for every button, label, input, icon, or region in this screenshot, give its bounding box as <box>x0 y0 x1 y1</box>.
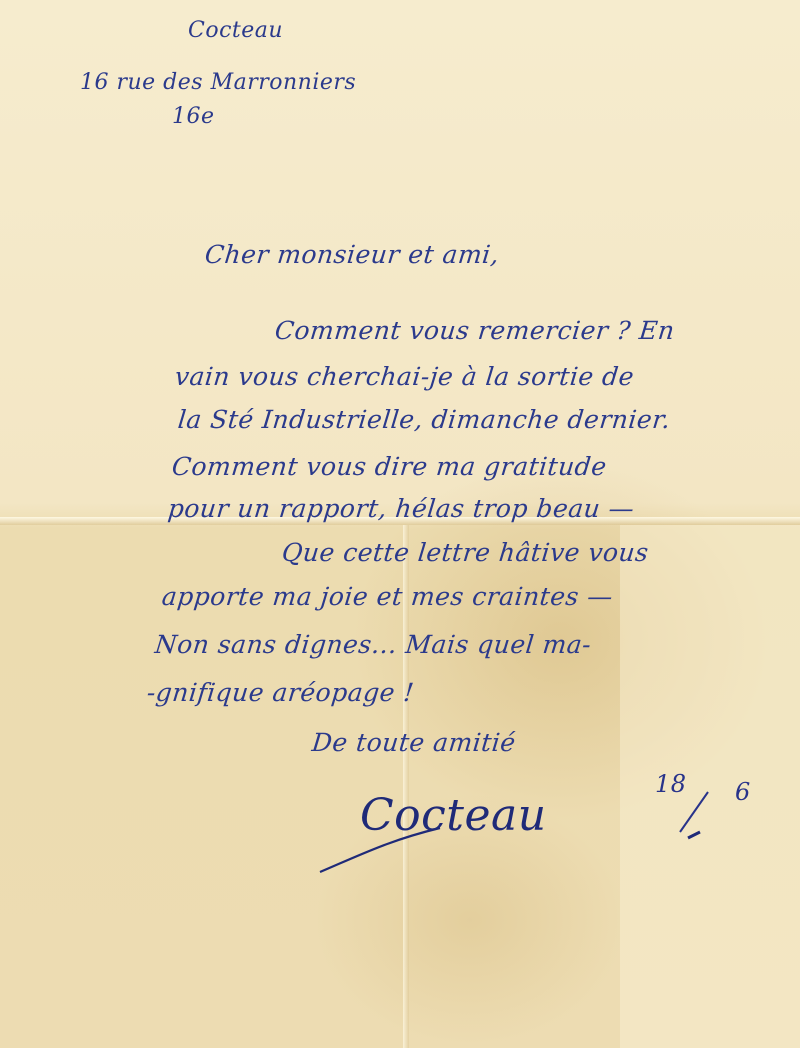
address-arrondissement: 16e <box>172 104 215 129</box>
body-line-9: -gnifique aréopage ! <box>145 678 415 707</box>
salutation: Cher monsieur et ami, <box>203 240 500 269</box>
letter-page: Cocteau 16 rue des Marronniers 16e Cher … <box>0 0 800 1048</box>
body-line-3: la Sté Industrielle, dimanche dernier. <box>176 405 672 434</box>
body-line-7: apporte ma joie et mes craintes — <box>160 582 614 611</box>
body-line-1: Comment vous remercier ? En <box>273 316 676 345</box>
date-slash <box>670 788 720 848</box>
address-name: Cocteau <box>188 18 283 43</box>
date-month: 6 <box>735 778 751 806</box>
closing: De toute amitié <box>310 728 517 757</box>
body-line-2: vain vous cherchai-je à la sortie de <box>173 362 635 391</box>
address-street: 16 rue des Marronniers <box>80 70 356 95</box>
paper-tone <box>620 525 800 1048</box>
signature-flourish <box>300 810 460 880</box>
body-line-8: Non sans dignes... Mais quel ma- <box>153 630 592 659</box>
body-line-4: Comment vous dire ma gratitude <box>170 452 608 481</box>
body-line-6: Que cette lettre hâtive vous <box>280 538 650 567</box>
body-line-5: pour un rapport, hélas trop beau — <box>166 494 635 523</box>
